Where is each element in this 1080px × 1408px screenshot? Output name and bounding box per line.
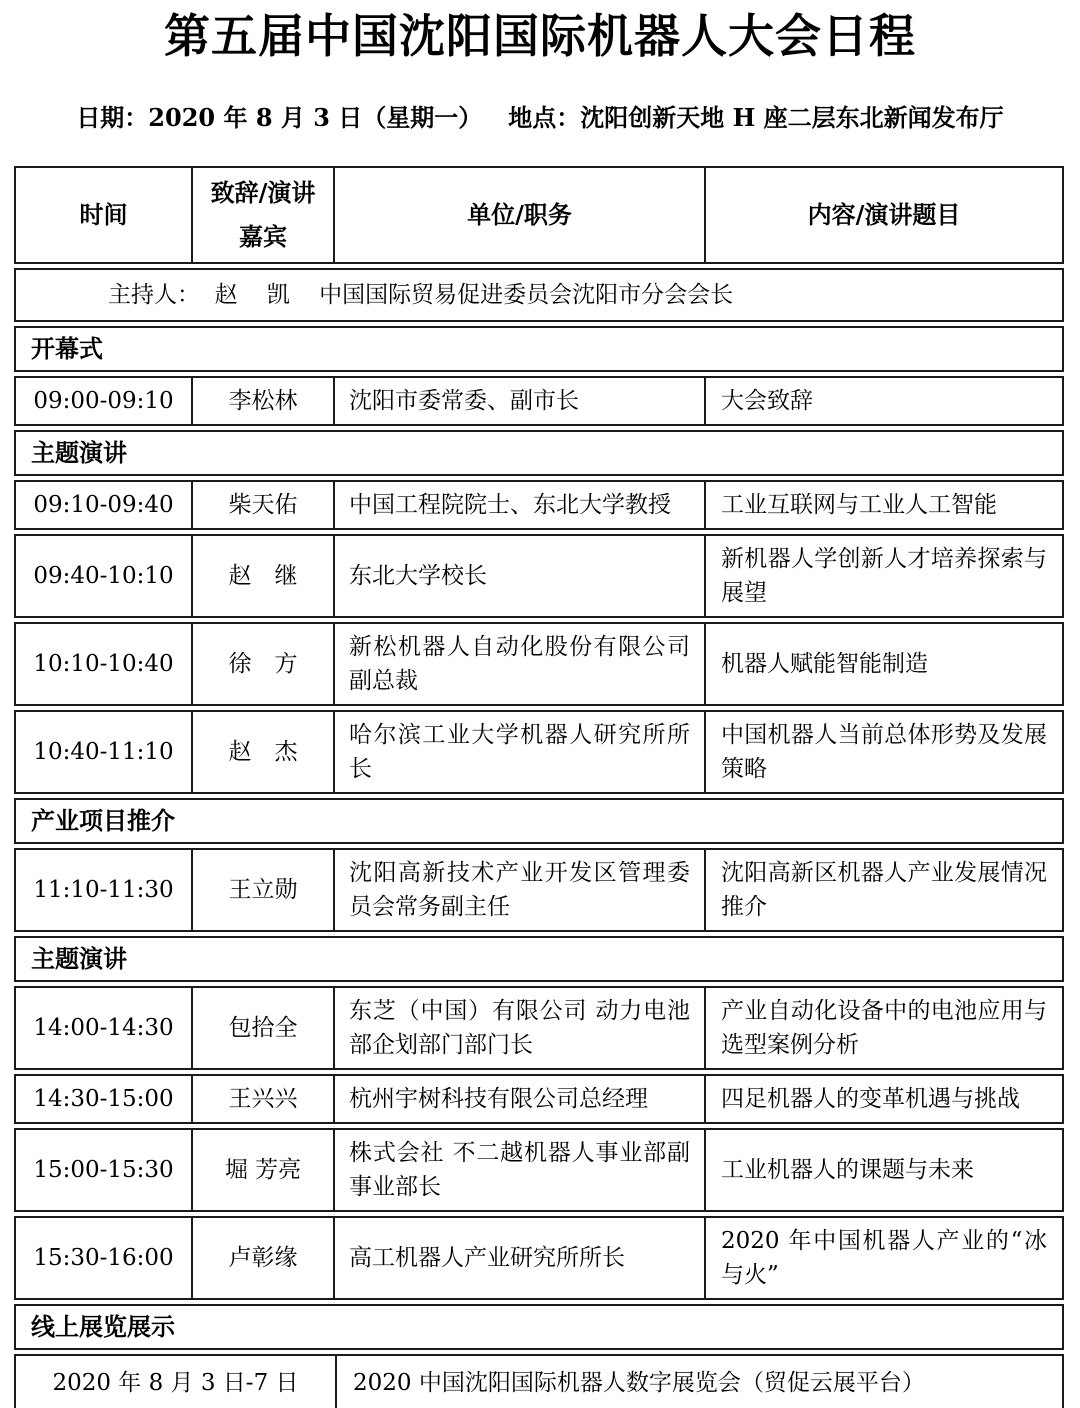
host-info: 主持人： 赵 凯 中国国际贸易促进委员会沈阳市分会会长 [16,270,1062,320]
section-title-text: 线上展览展示 [31,1310,1047,1344]
topic-cell-text: 工业互联网与工业人工智能 [721,488,1047,522]
time-cell: 14:30-15:00 [16,1076,191,1122]
speaker-cell-text: 卢彰缘 [193,1241,333,1275]
speaker-cell-text: 柴天佑 [193,488,333,522]
speaker-cell: 李松林 [191,378,333,424]
section-title-text: 主题演讲 [31,436,1047,470]
topic-cell: 工业机器人的课题与未来 [704,1130,1062,1210]
speaker-cell: 赵 继 [191,536,333,616]
section-title-text: 主题演讲 [31,942,1047,976]
topic-cell-text: 产业自动化设备中的电池应用与选型案例分析 [721,994,1047,1062]
topic-cell-text: 大会致辞 [721,384,1047,418]
speaker-cell: 卢彰缘 [191,1218,333,1298]
section-title: 主题演讲 [16,938,1062,980]
section-row: 线上展览展示 [14,1304,1064,1350]
date-label: 日期：2020 年 8 月 3 日（星期一） [76,103,482,132]
affiliation-cell-text: 杭州宇树科技有限公司总经理 [349,1082,690,1116]
schedule-row: 10:10-10:40徐 方新松机器人自动化股份有限公司副总裁机器人赋能智能制造 [14,622,1064,706]
speaker-cell: 包拾全 [191,988,333,1068]
venue-label: 地点：沈阳创新天地 H 座二层东北新闻发布厅 [508,103,1003,132]
host-info-text: 主持人： 赵 凯 中国国际贸易促进委员会沈阳市分会会长 [108,278,1048,312]
speaker-cell-text: 赵 继 [193,559,333,593]
schedule-row: 09:00-09:10李松林沈阳市委常委、副市长大会致辞 [14,376,1064,426]
speaker-cell: 堀 芳亮 [191,1130,333,1210]
schedule-table: 时间 致辞/演讲 嘉宾 单位/职务 内容/演讲题目 主持人： 赵 凯 中国国际贸… [14,166,1064,1408]
section-title: 产业项目推介 [16,800,1062,842]
time-cell-text: 09:00-09:10 [16,384,191,418]
schedule-row: 09:10-09:40柴天佑中国工程院院士、东北大学教授工业互联网与工业人工智能 [14,480,1064,530]
expo-content-cell: 2020 中国沈阳国际机器人数字展览会（贸促云展平台） [335,1356,1062,1408]
schedule-row: 14:30-15:00王兴兴杭州宇树科技有限公司总经理四足机器人的变革机遇与挑战 [14,1074,1064,1124]
speaker-cell-text: 堀 芳亮 [193,1153,333,1187]
affiliation-cell-text: 高工机器人产业研究所所长 [349,1241,690,1275]
topic-cell-text: 沈阳高新区机器人产业发展情况推介 [721,856,1047,924]
header-affiliation: 单位/职务 [333,168,704,262]
speaker-cell: 王兴兴 [191,1076,333,1122]
affiliation-cell: 高工机器人产业研究所所长 [333,1218,704,1298]
affiliation-cell: 哈尔滨工业大学机器人研究所所长 [333,712,704,792]
expo-date-cell-text: 2020 年 8 月 3 日-7 日 [16,1366,335,1400]
section-row: 主题演讲 [14,936,1064,982]
affiliation-cell: 东北大学校长 [333,536,704,616]
section-row: 产业项目推介 [14,798,1064,844]
expo-row: 2020 年 8 月 3 日-7 日2020 中国沈阳国际机器人数字展览会（贸促… [14,1354,1064,1408]
time-cell: 09:40-10:10 [16,536,191,616]
speaker-cell-text: 李松林 [193,384,333,418]
topic-cell: 2020 年中国机器人产业的“冰与火” [704,1218,1062,1298]
topic-cell: 工业互联网与工业人工智能 [704,482,1062,528]
time-cell-text: 09:40-10:10 [16,559,191,593]
affiliation-cell-text: 株式会社 不二越机器人事业部副事业部长 [349,1136,690,1204]
affiliation-cell: 新松机器人自动化股份有限公司副总裁 [333,624,704,704]
affiliation-cell-text: 中国工程院院士、东北大学教授 [349,488,690,522]
document-page: 第五届中国沈阳国际机器人大会日程 日期：2020 年 8 月 3 日（星期一）地… [0,8,1080,1408]
page-subtitle: 日期：2020 年 8 月 3 日（星期一）地点：沈阳创新天地 H 座二层东北新… [0,98,1080,133]
host-row: 主持人： 赵 凯 中国国际贸易促进委员会沈阳市分会会长 [14,268,1064,322]
topic-cell: 中国机器人当前总体形势及发展策略 [704,712,1062,792]
schedule-row: 15:30-16:00卢彰缘高工机器人产业研究所所长2020 年中国机器人产业的… [14,1216,1064,1300]
affiliation-cell-text: 新松机器人自动化股份有限公司副总裁 [349,630,690,698]
affiliation-cell: 东芝（中国）有限公司 动力电池部企划部门部门长 [333,988,704,1068]
time-cell-text: 15:00-15:30 [16,1153,191,1187]
header-time: 时间 [16,168,191,262]
speaker-cell: 徐 方 [191,624,333,704]
time-cell: 09:10-09:40 [16,482,191,528]
topic-cell-text: 四足机器人的变革机遇与挑战 [721,1082,1047,1116]
affiliation-cell-text: 沈阳市委常委、副市长 [349,384,690,418]
time-cell: 11:10-11:30 [16,850,191,930]
schedule-row: 11:10-11:30王立勋沈阳高新技术产业开发区管理委员会常务副主任沈阳高新区… [14,848,1064,932]
time-cell-text: 11:10-11:30 [16,873,191,907]
time-cell: 10:40-11:10 [16,712,191,792]
schedule-row: 15:00-15:30堀 芳亮株式会社 不二越机器人事业部副事业部长工业机器人的… [14,1128,1064,1212]
section-row: 开幕式 [14,326,1064,372]
section-title: 线上展览展示 [16,1306,1062,1348]
speaker-cell-text: 徐 方 [193,647,333,681]
affiliation-cell-text: 东芝（中国）有限公司 动力电池部企划部门部门长 [349,994,690,1062]
time-cell-text: 15:30-16:00 [16,1241,191,1275]
section-title: 主题演讲 [16,432,1062,474]
affiliation-cell-text: 哈尔滨工业大学机器人研究所所长 [349,718,690,786]
schedule-row: 10:40-11:10赵 杰哈尔滨工业大学机器人研究所所长中国机器人当前总体形势… [14,710,1064,794]
time-cell: 15:30-16:00 [16,1218,191,1298]
topic-cell: 四足机器人的变革机遇与挑战 [704,1076,1062,1122]
section-row: 主题演讲 [14,430,1064,476]
topic-cell: 大会致辞 [704,378,1062,424]
time-cell-text: 14:30-15:00 [16,1082,191,1116]
time-cell-text: 10:10-10:40 [16,647,191,681]
topic-cell: 产业自动化设备中的电池应用与选型案例分析 [704,988,1062,1068]
affiliation-cell-text: 沈阳高新技术产业开发区管理委员会常务副主任 [349,856,690,924]
time-cell: 14:00-14:30 [16,988,191,1068]
affiliation-cell: 杭州宇树科技有限公司总经理 [333,1076,704,1122]
time-cell: 09:00-09:10 [16,378,191,424]
expo-date-cell: 2020 年 8 月 3 日-7 日 [16,1356,335,1408]
topic-cell: 机器人赋能智能制造 [704,624,1062,704]
topic-cell-text: 工业机器人的课题与未来 [721,1153,1047,1187]
schedule-row: 14:00-14:30包拾全东芝（中国）有限公司 动力电池部企划部门部门长产业自… [14,986,1064,1070]
speaker-cell-text: 赵 杰 [193,735,333,769]
speaker-cell-text: 王立勋 [193,873,333,907]
affiliation-cell: 沈阳高新技术产业开发区管理委员会常务副主任 [333,850,704,930]
topic-cell: 沈阳高新区机器人产业发展情况推介 [704,850,1062,930]
expo-content-cell-text: 2020 中国沈阳国际机器人数字展览会（贸促云展平台） [353,1366,1046,1400]
affiliation-cell: 株式会社 不二越机器人事业部副事业部长 [333,1130,704,1210]
topic-cell: 新机器人学创新人才培养探索与展望 [704,536,1062,616]
topic-cell-text: 中国机器人当前总体形势及发展策略 [721,718,1047,786]
header-speaker: 致辞/演讲 嘉宾 [191,168,333,262]
topic-cell-text: 新机器人学创新人才培养探索与展望 [721,542,1047,610]
section-title: 开幕式 [16,328,1062,370]
time-cell-text: 10:40-11:10 [16,735,191,769]
section-title-text: 开幕式 [31,332,1047,366]
table-header-row: 时间 致辞/演讲 嘉宾 单位/职务 内容/演讲题目 [14,166,1064,264]
topic-cell-text: 2020 年中国机器人产业的“冰与火” [721,1224,1047,1292]
time-cell-text: 14:00-14:30 [16,1011,191,1045]
section-title-text: 产业项目推介 [31,804,1047,838]
affiliation-cell-text: 东北大学校长 [349,559,690,593]
speaker-cell-text: 包拾全 [193,1011,333,1045]
affiliation-cell: 沈阳市委常委、副市长 [333,378,704,424]
time-cell: 15:00-15:30 [16,1130,191,1210]
time-cell-text: 09:10-09:40 [16,488,191,522]
page-title: 第五届中国沈阳国际机器人大会日程 [0,8,1080,64]
speaker-cell: 柴天佑 [191,482,333,528]
speaker-cell-text: 王兴兴 [193,1082,333,1116]
time-cell: 10:10-10:40 [16,624,191,704]
affiliation-cell: 中国工程院院士、东北大学教授 [333,482,704,528]
speaker-cell: 王立勋 [191,850,333,930]
schedule-row: 09:40-10:10赵 继东北大学校长新机器人学创新人才培养探索与展望 [14,534,1064,618]
speaker-cell: 赵 杰 [191,712,333,792]
header-topic: 内容/演讲题目 [704,168,1062,262]
topic-cell-text: 机器人赋能智能制造 [721,647,1047,681]
